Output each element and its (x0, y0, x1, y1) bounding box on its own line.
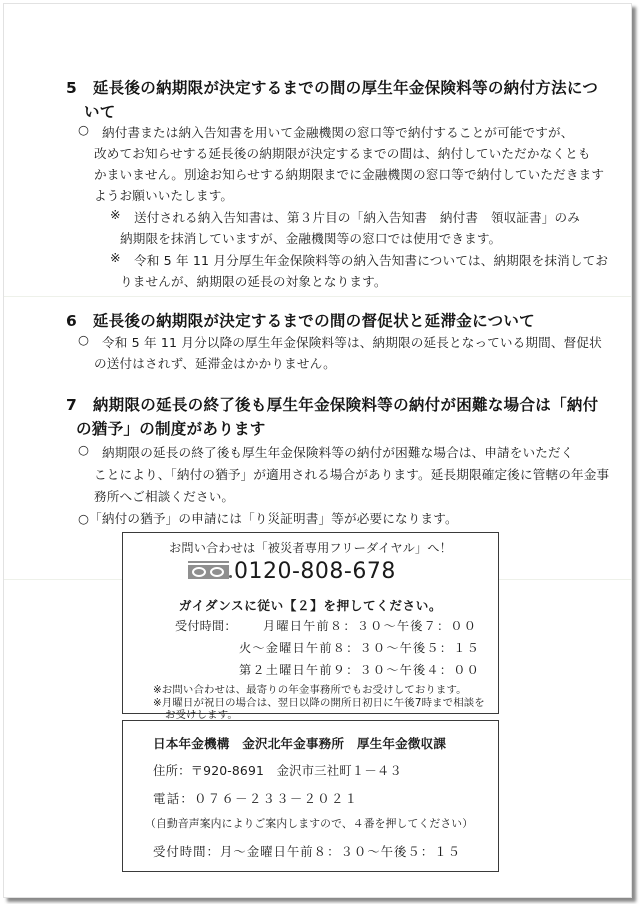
office-box: 日本年金機構 金沢北年金事務所 厚生年金徴収課 住所：〒920-8691 金沢市… (122, 720, 499, 872)
office-name: 日本年金機構 金沢北年金事務所 厚生年金徴収課 (153, 733, 446, 752)
free-dial-mark (229, 575, 232, 578)
section-5-note-line: 納期限を抹消していますが、金融機関等の窓口では使用できます。 (120, 228, 501, 247)
section-5-note-line: 送付される納入告知書は、第３片目の「納入告知書 納付書 領収証書」のみ (134, 207, 580, 226)
office-phone[interactable]: 電話：０７６－２３３－２０２１ (153, 789, 358, 807)
bullet-circle: ○ (78, 442, 89, 457)
inquiry-note: お受けします。 (165, 706, 238, 721)
guidance-text: ガイダンスに従い【２】を押してください。 (123, 595, 498, 614)
scan-artifact (4, 296, 631, 297)
free-dial-icon (188, 561, 229, 579)
section-5-heading: 5 延長後の納期限が決定するまでの間の厚生年金保険料等の納付方法につ (66, 76, 598, 98)
bullet-circle: ○ (78, 332, 89, 347)
section-7-para-line: 納期限の延長の終了後も厚生年金保険料等の納付が困難な場合は、申請をいただく (102, 442, 574, 461)
hours-line: 第２土曜日午前９：３０～午後４：００ (239, 661, 480, 678)
section-6-heading: 6 延長後の納期限が決定するまでの間の督促状と延滞金について (66, 309, 535, 331)
hours-line: 月曜日午前８：３０～午後７：００ (263, 617, 477, 634)
section-7-para-line: 務所へご相談ください。 (94, 486, 234, 505)
section-5-para-line: ようお願いいたします。 (94, 185, 233, 204)
section-5-note-line: 令和 5 年 11 月分厚生年金保険料等の納入告知書については、納期限を抹消して… (134, 250, 608, 269)
section-6-para-line: 令和 5 年 11 月分以降の厚生年金保険料等は、納期限の延長となっている期間、… (102, 332, 602, 351)
inquiry-title: お問い合わせは「被災者専用フリーダイヤル」へ！ (123, 539, 498, 556)
section-7-para-line: ことにより、「納付の猶予」が適用される場合があります。延長期限確定後に管轄の年金… (94, 464, 609, 483)
section-5-note-line: りませんが、納期限の延長の対象となります。 (120, 271, 387, 290)
office-address: 住所：〒920-8691 金沢市三社町１－４３ (153, 761, 402, 779)
section-7-heading: 7 納期限の延長の終了後も厚生年金保険料等の納付が困難な場合は「納付 (66, 393, 599, 415)
section-6-para-line: の送付はされず、延滞金はかかりません。 (94, 353, 336, 372)
section-5-para-line: 改めてお知らせする延長後の納期限が決定するまでの間は、納付していただかなくとも (94, 143, 591, 162)
section-7-para-2: ○「納付の猶予」の申請には「り災証明書」等が必要になります。 (78, 508, 458, 527)
section-5-para-line: かまいません。別途お知らせする納期限までに金融機関の窓口等で納付していただきます (94, 164, 604, 183)
section-5-para-line: 納付書または納入告知書を用いて金融機関の窓口等で納付することが可能ですが、 (102, 122, 574, 141)
hours-label: 受付時間： (175, 617, 237, 634)
section-5-heading-cont: いて (84, 100, 116, 122)
office-phone-note: （自動音声案内によりご案内しますので、４番を押してください） (145, 816, 473, 831)
section-7-heading-cont: の猶予」の制度があります (76, 417, 266, 439)
note-mark: ※ (110, 207, 121, 222)
note-mark: ※ (110, 250, 121, 265)
office-hours: 受付時間：月～金曜日午前８：３０～午後５：１５ (153, 842, 461, 860)
free-dial-number[interactable]: 0120-808-678 (234, 559, 396, 584)
bullet-circle: ○ (78, 122, 89, 137)
hours-line: 火～金曜日午前８：３０～午後５：１５ (239, 639, 480, 656)
